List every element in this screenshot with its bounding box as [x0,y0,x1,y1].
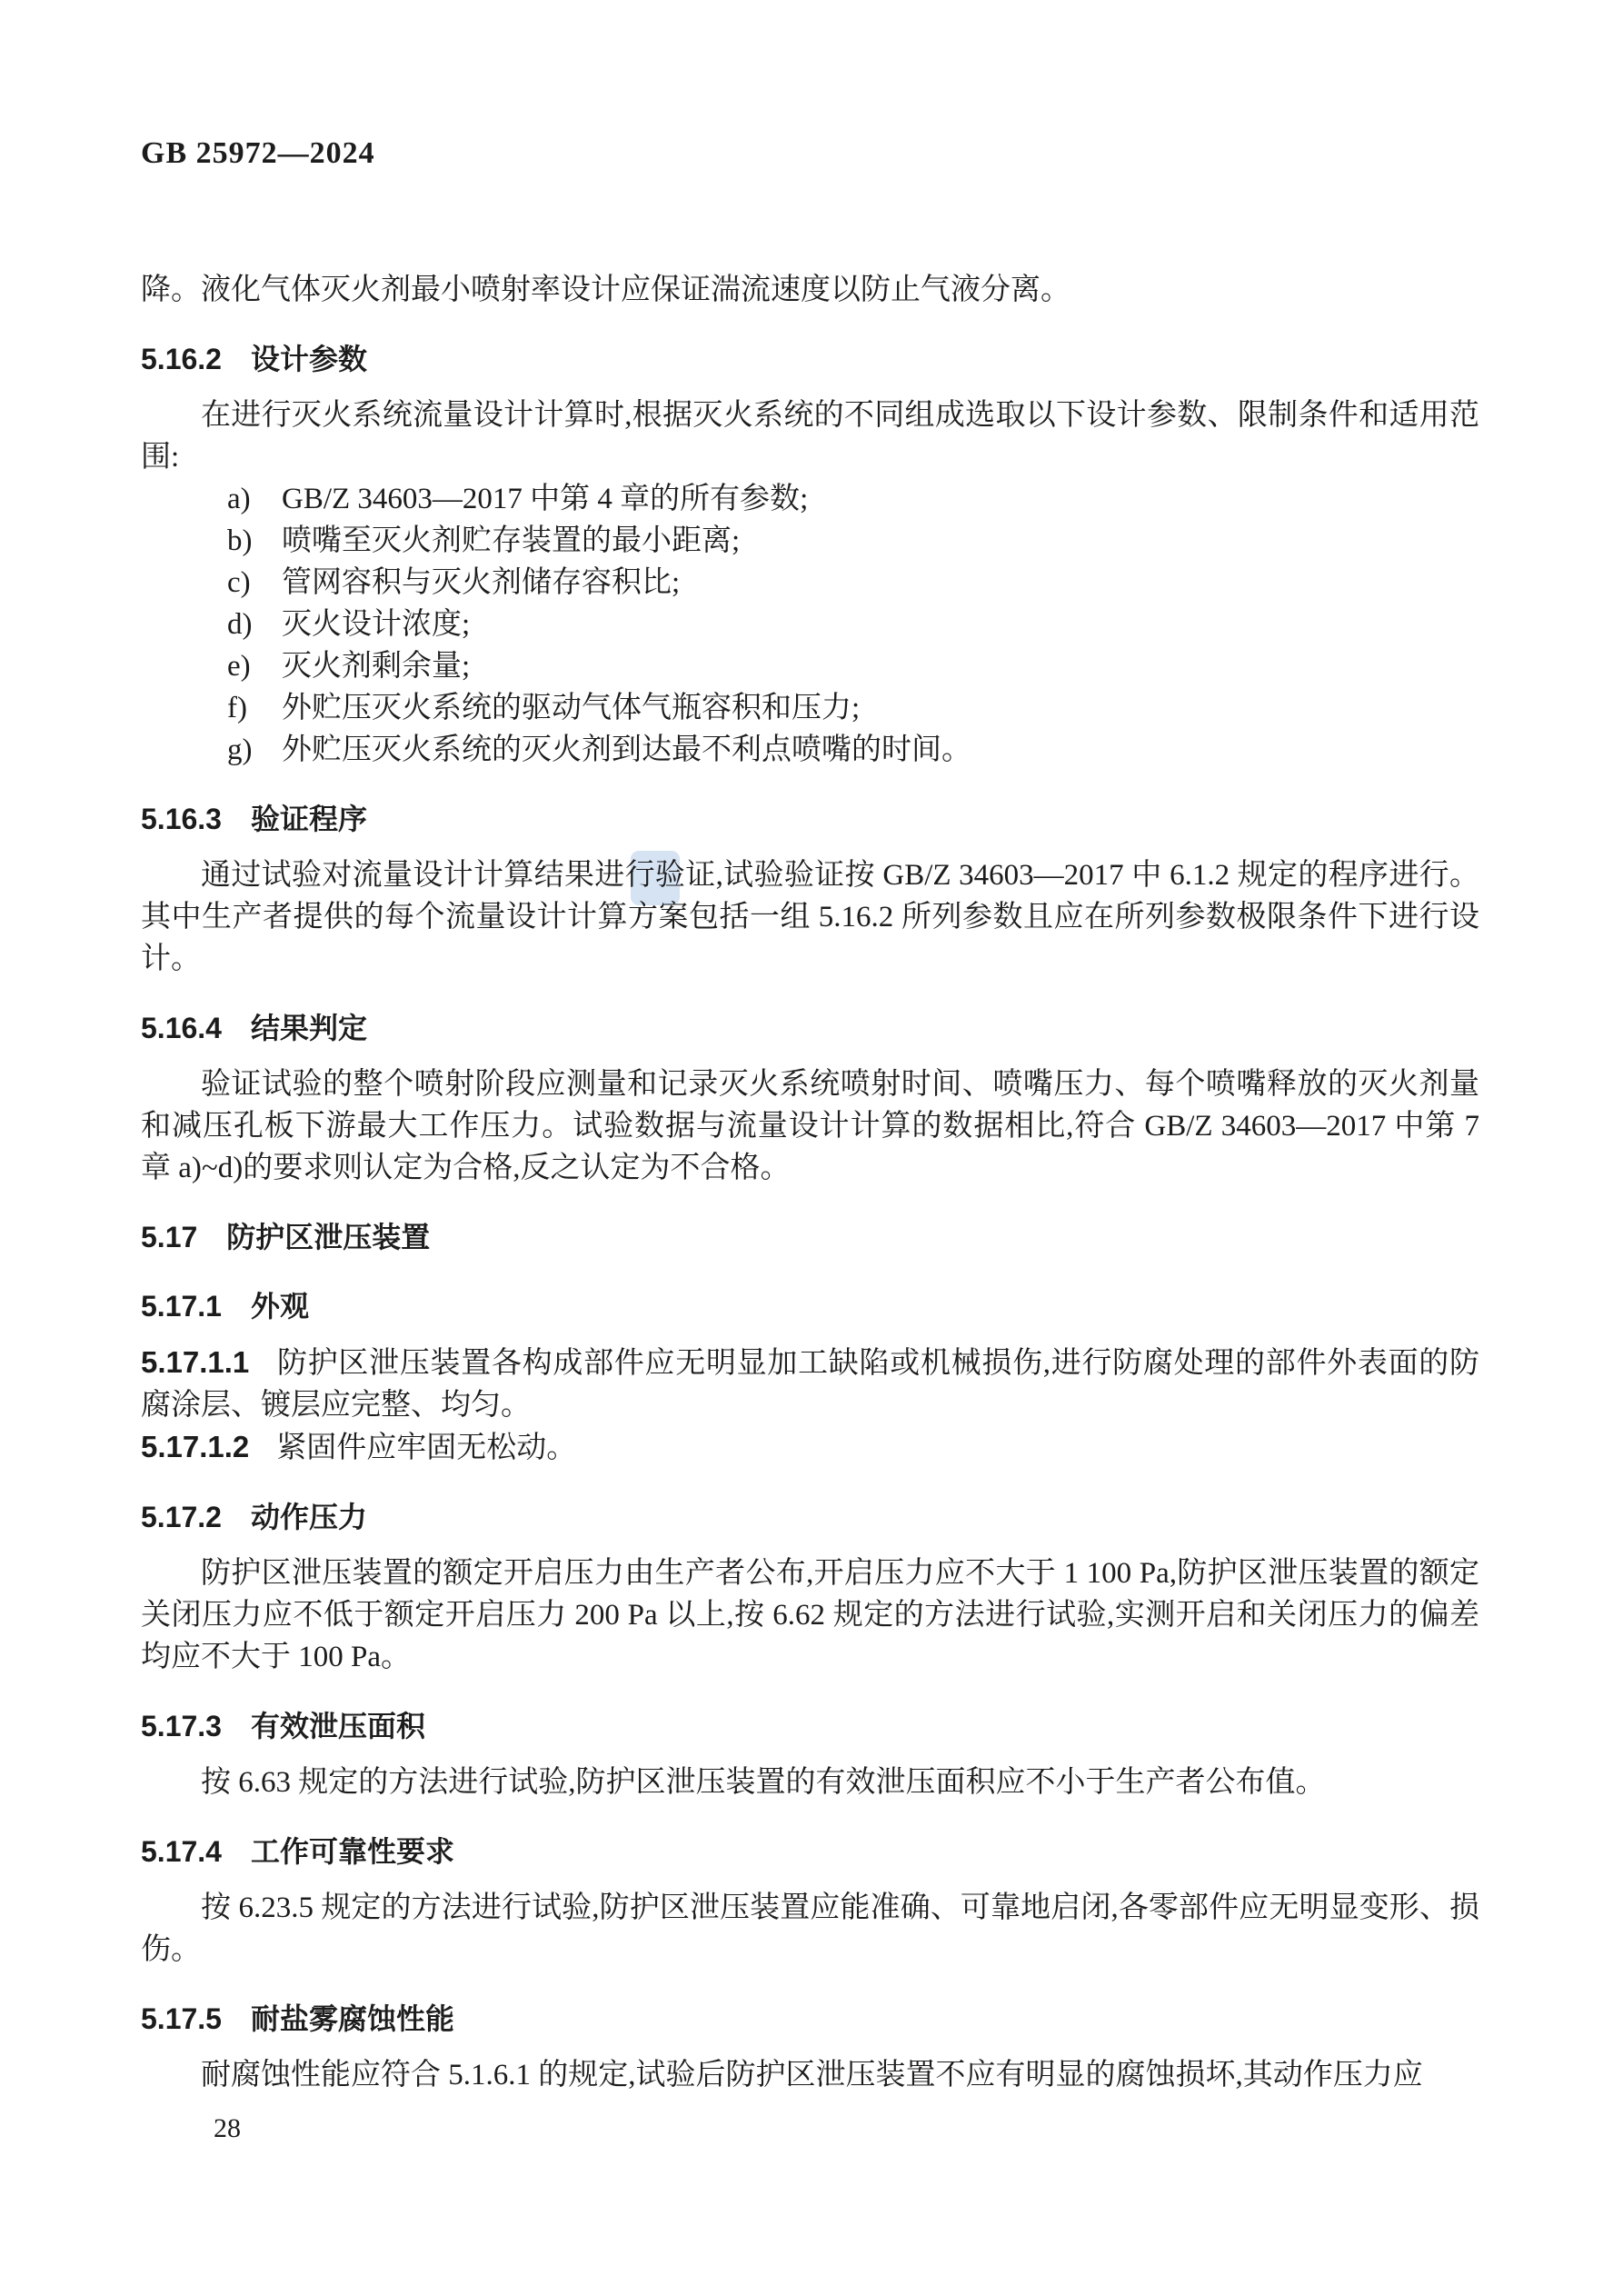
list-item-text: 管网容积与灭火剂储存容积比; [282,566,680,599]
body-paragraph: 验证试验的整个喷射阶段应测量和记录灭火系统喷射时间、喷嘴压力、每个喷嘴释放的灭火… [141,1063,1479,1189]
list-item-a: a)GB/Z 34603—2017 中第 4 章的所有参数; [141,478,1479,520]
list-item-label: f) [227,687,282,729]
list-item-text: 外贮压灭火系统的灭火剂到达最不利点喷嘴的时间。 [282,734,971,766]
clause-number: 5.17.1.2 [141,1430,249,1463]
heading-number: 5.17 [141,1221,197,1253]
list-item-c: c)管网容积与灭火剂储存容积比; [141,562,1479,604]
section-heading-5.16.2: 5.16.2设计参数 [141,338,1479,380]
heading-title: 结果判定 [251,1012,367,1044]
numbered-clause-5.17.1.1: 5.17.1.1防护区泄压装置各构成部件应无明显加工缺陷或机械损伤,进行防腐处理… [141,1342,1479,1426]
heading-number: 5.17.4 [141,1835,222,1868]
heading-title: 外观 [251,1290,309,1323]
heading-number: 5.17.1 [141,1290,222,1323]
numbered-clause-5.17.1.2: 5.17.1.2紧固件应牢固无松动。 [141,1426,1479,1469]
body-paragraph: 防护区泄压装置的额定开启压力由生产者公布,开启压力应不大于 1 100 Pa,防… [141,1552,1479,1678]
list-item-text: 灭火剂剩余量; [282,650,470,683]
body-paragraph: 降。液化气体灭火剂最小喷射率设计应保证湍流速度以防止气液分离。 [141,269,1479,311]
list-item-e: e)灭火剂剩余量; [141,645,1479,687]
heading-title: 有效泄压面积 [251,1710,425,1742]
heading-title: 防护区泄压装置 [226,1221,430,1253]
list-item-b: b)喷嘴至灭火剂贮存装置的最小距离; [141,520,1479,562]
clause-number: 5.17.1.1 [141,1345,249,1379]
heading-number: 5.16.4 [141,1012,222,1044]
section-heading-5.17.3: 5.17.3有效泄压面积 [141,1705,1479,1747]
heading-number: 5.16.3 [141,803,222,835]
document-content: GB 25972—2024 降。液化气体灭火剂最小喷射率设计应保证湍流速度以防止… [0,0,1623,2147]
section-heading-5.17.5: 5.17.5耐盐雾腐蚀性能 [141,1998,1479,2040]
parameter-list: a)GB/Z 34603—2017 中第 4 章的所有参数;b)喷嘴至灭火剂贮存… [141,478,1479,771]
section-heading-5.17.1: 5.17.1外观 [141,1285,1479,1327]
heading-title: 动作压力 [251,1501,367,1533]
heading-number: 5.17.3 [141,1710,222,1742]
body-paragraph: 耐腐蚀性能应符合 5.1.6.1 的规定,试验后防护区泄压装置不应有明显的腐蚀损… [141,2054,1479,2096]
list-item-f: f)外贮压灭火系统的驱动气体气瓶容积和压力; [141,687,1479,729]
section-heading-5.17: 5.17防护区泄压装置 [141,1216,1479,1258]
body-paragraph: 通过试验对流量设计计算结果进行验证,试验验证按 GB/Z 34603—2017 … [141,854,1479,980]
section-heading-5.16.4: 5.16.4结果判定 [141,1007,1479,1049]
page-number: 28 [214,2111,1479,2147]
body-paragraph: 按 6.23.5 规定的方法进行试验,防护区泄压装置应能准确、可靠地启闭,各零部… [141,1887,1479,1971]
heading-number: 5.16.2 [141,343,222,375]
list-item-d: d)灭火设计浓度; [141,604,1479,645]
list-item-g: g)外贮压灭火系统的灭火剂到达最不利点喷嘴的时间。 [141,729,1479,771]
clause-text: 防护区泄压装置各构成部件应无明显加工缺陷或机械损伤,进行防腐处理的部件外表面的防… [141,1347,1479,1422]
list-item-label: b) [227,520,282,562]
heading-title: 验证程序 [251,803,367,835]
body-paragraph: 按 6.63 规定的方法进行试验,防护区泄压装置的有效泄压面积应不小于生产者公布… [141,1762,1479,1803]
list-item-label: g) [227,729,282,771]
list-item-text: 外贮压灭火系统的驱动气体气瓶容积和压力; [282,692,860,724]
clause-text: 紧固件应牢固无松动。 [276,1432,576,1464]
document-body: 降。液化气体灭火剂最小喷射率设计应保证湍流速度以防止气液分离。5.16.2设计参… [141,269,1479,2096]
heading-title: 设计参数 [251,343,367,375]
heading-title: 工作可靠性要求 [251,1835,454,1868]
heading-number: 5.17.2 [141,1501,222,1533]
list-item-label: c) [227,562,282,604]
list-item-text: 喷嘴至灭火剂贮存装置的最小距离; [282,524,740,557]
section-heading-5.17.4: 5.17.4工作可靠性要求 [141,1831,1479,1872]
list-item-label: a) [227,478,282,520]
document-page: GB 25972—2024 降。液化气体灭火剂最小喷射率设计应保证湍流速度以防止… [0,0,1623,2296]
list-item-label: d) [227,604,282,645]
standard-number-header: GB 25972—2024 [141,0,1479,175]
heading-number: 5.17.5 [141,2002,222,2035]
section-heading-5.16.3: 5.16.3验证程序 [141,798,1479,840]
heading-title: 耐盐雾腐蚀性能 [251,2002,454,2035]
body-paragraph: 在进行灭火系统流量设计计算时,根据灭火系统的不同组成选取以下设计参数、限制条件和… [141,394,1479,478]
section-heading-5.17.2: 5.17.2动作压力 [141,1496,1479,1538]
list-item-label: e) [227,645,282,687]
list-item-text: GB/Z 34603—2017 中第 4 章的所有参数; [282,483,808,515]
list-item-text: 灭火设计浓度; [282,608,470,641]
